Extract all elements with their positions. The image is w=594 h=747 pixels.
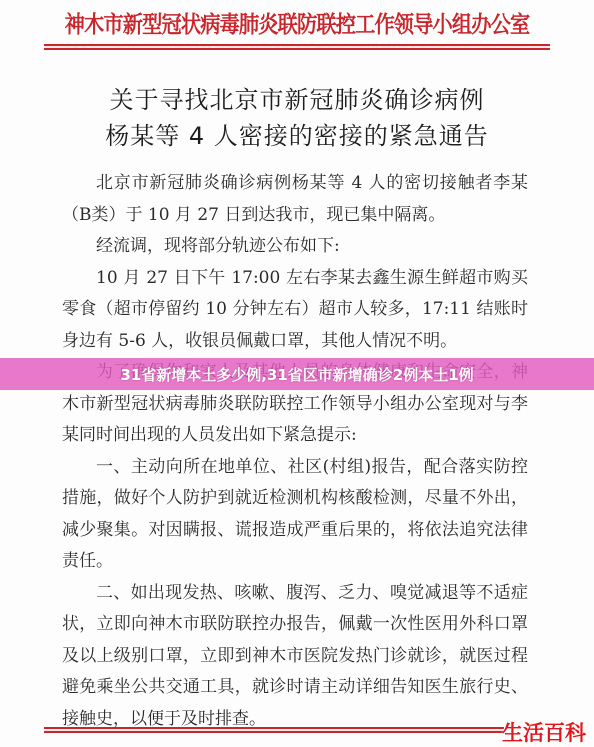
- paragraph: 二、如出现发热、咳嗽、腹泻、乏力、嗅觉减退等不适症状，立即向神木市联防联控办报告…: [62, 578, 528, 736]
- document-body: 北京市新冠肺炎确诊病例杨某等 4 人的密切接触者李某（B类）于 10 月 27 …: [62, 168, 528, 735]
- paragraph: 经流调，现将部分轨迹公布如下:: [62, 231, 528, 263]
- headline-banner: 31省新增本土多少例,31省区市新增确诊2例本土1例: [0, 358, 594, 390]
- header-rule: [44, 44, 550, 50]
- paragraph: 北京市新冠肺炎确诊病例杨某等 4 人的密切接触者李某（B类）于 10 月 27 …: [62, 168, 528, 231]
- watermark-logo: 生活百科: [502, 717, 586, 747]
- banner-text: 31省新增本土多少例,31省区市新增确诊2例本土1例: [120, 364, 473, 385]
- org-header: 神木市新型冠状病毒肺炎联防联控工作领导小组办公室: [36, 6, 559, 39]
- paragraph: 一、主动向所在地单位、社区(村组)报告，配合落实防控措施，做好个人防护到就近检测…: [62, 452, 528, 578]
- document-title-line-1: 关于寻找北京市新冠肺炎确诊病例: [0, 80, 594, 115]
- document-title-line-2: 杨某等 4 人密接的密接的紧急通告: [0, 116, 594, 151]
- paragraph: 10 月 27 日下午 17:00 左右李某去鑫生源生鲜超市购买零食（超市停留约…: [62, 263, 528, 358]
- footer-rule: [44, 727, 504, 733]
